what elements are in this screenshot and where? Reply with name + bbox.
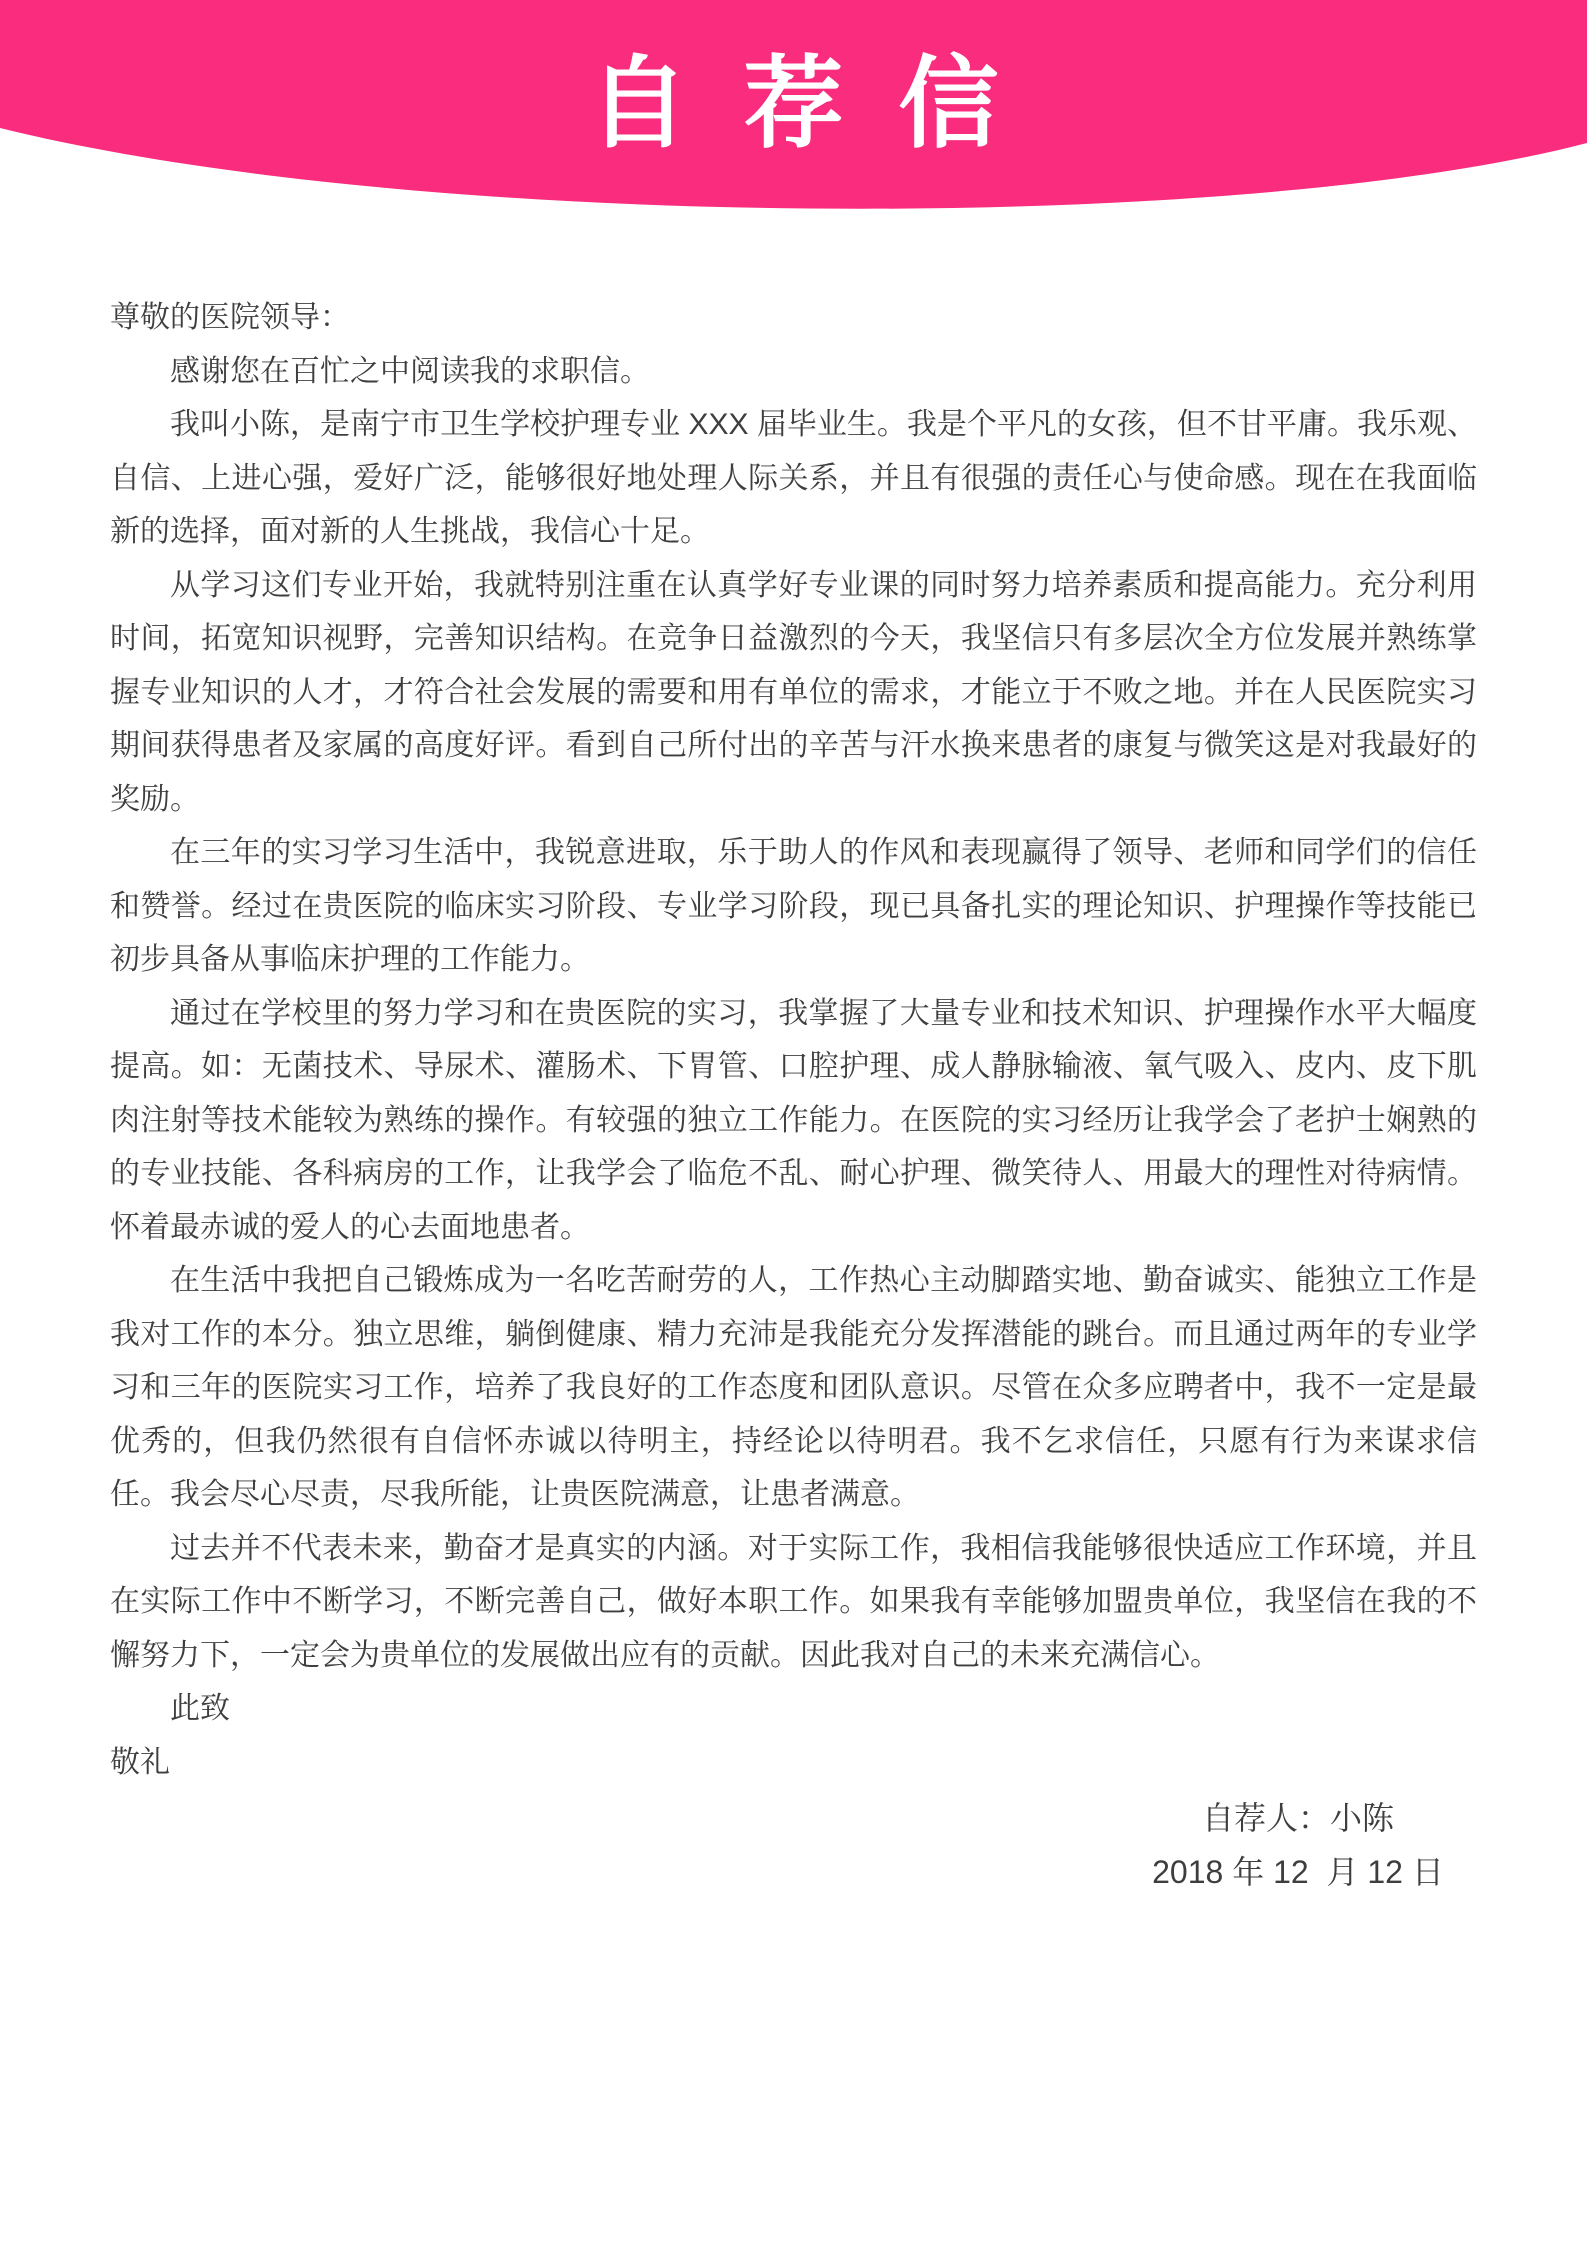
paragraph-study: 从学习这们专业开始，我就特别注重在认真学好专业课的同时努力培养素质和提高能力。充… <box>110 559 1477 827</box>
paragraph-future: 过去并不代表未来，勤奋才是真实的内涵。对于实际工作，我相信我能够很快适应工作环境… <box>110 1522 1477 1683</box>
closing-jingli: 敬礼 <box>110 1736 1477 1790</box>
signature-date: 2018 年 12 月 12 日 <box>1119 1845 1477 1899</box>
paragraph-internship: 在三年的实习学习生活中，我锐意进取，乐于助人的作风和表现赢得了领导、老师和同学们… <box>110 826 1477 987</box>
paragraph-thanks: 感谢您在百忙之中阅读我的求职信。 <box>110 345 1477 399</box>
closing-cizhi: 此致 <box>110 1682 1477 1736</box>
paragraph-intro: 我叫小陈，是南宁市卫生学校护理专业 XXX 届毕业生。我是个平凡的女孩，但不甘平… <box>110 398 1477 559</box>
letter-page: 自荐信 尊敬的医院领导： 感谢您在百忙之中阅读我的求职信。 我叫小陈，是南宁市卫… <box>0 0 1587 2245</box>
salutation: 尊敬的医院领导： <box>110 291 1477 345</box>
letter-body: 尊敬的医院领导： 感谢您在百忙之中阅读我的求职信。 我叫小陈，是南宁市卫生学校护… <box>0 0 1587 1899</box>
signature-name: 自荐人：小陈 <box>1119 1791 1477 1845</box>
paragraph-skills: 通过在学校里的努力学习和在贵医院的实习，我掌握了大量专业和技术知识、护理操作水平… <box>110 987 1477 1255</box>
paragraph-character: 在生活中我把自己锻炼成为一名吃苦耐劳的人，工作热心主动脚踏实地、勤奋诚实、能独立… <box>110 1254 1477 1522</box>
signature-block: 自荐人：小陈 2018 年 12 月 12 日 <box>1119 1791 1477 1899</box>
